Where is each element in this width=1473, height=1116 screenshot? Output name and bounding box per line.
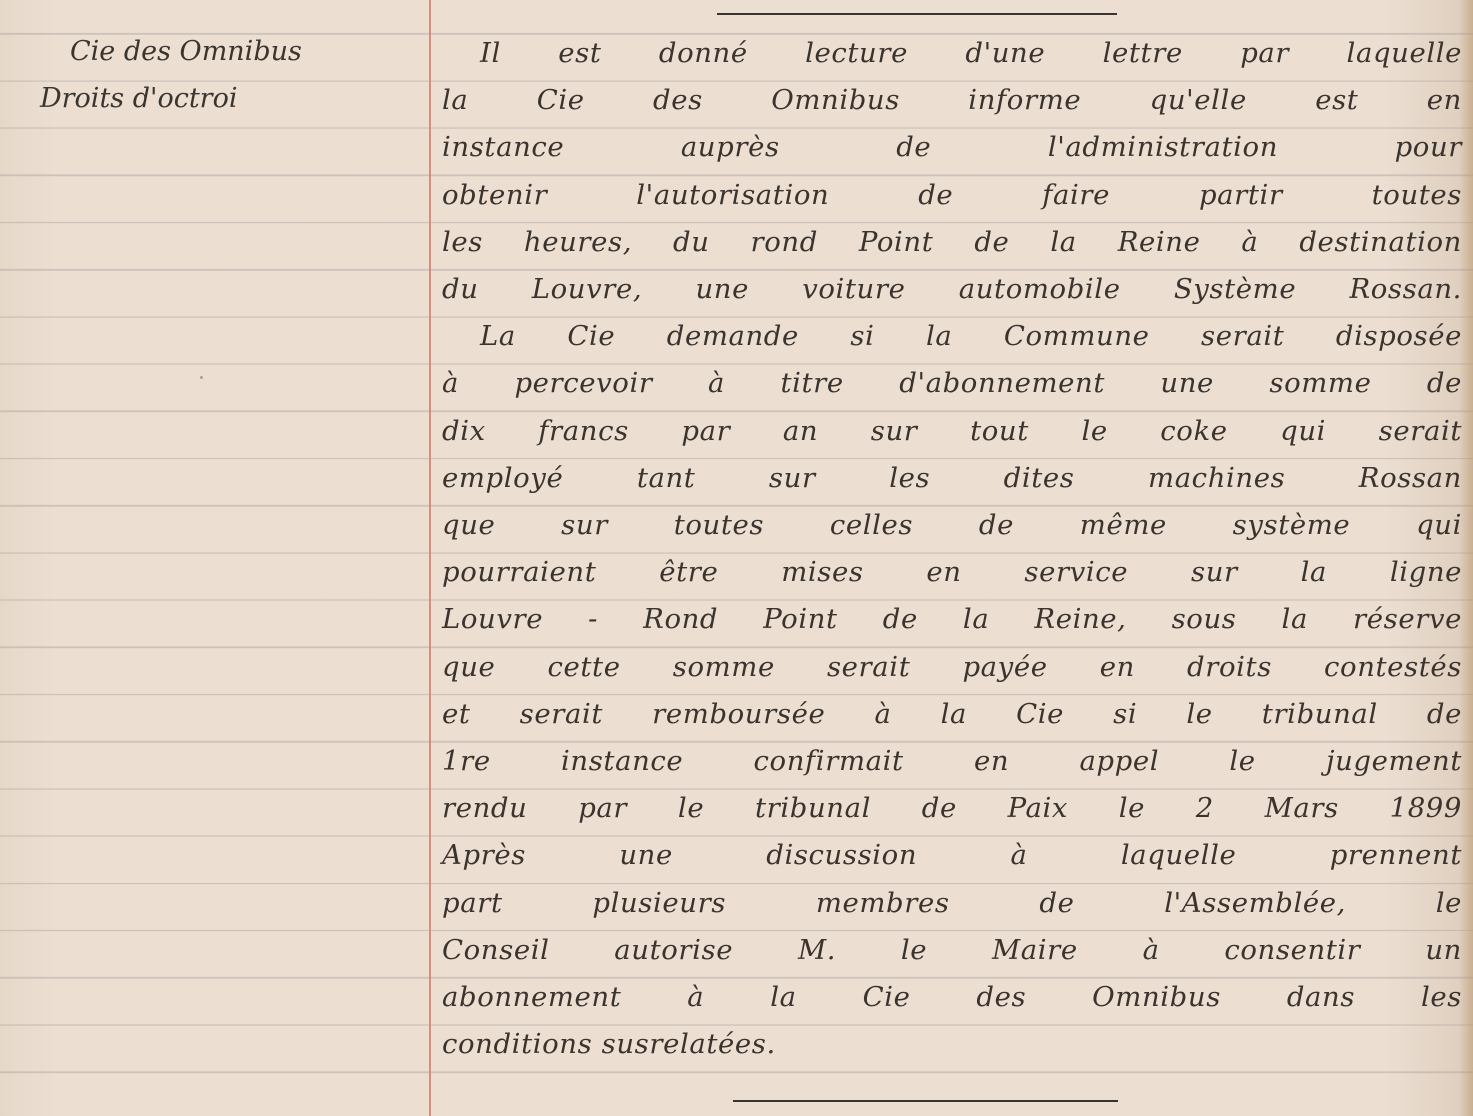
paper-blemish [200, 376, 203, 379]
body-line: les heures, du rond Point de la Reine à … [442, 219, 1462, 266]
body-line: conditions susrelatées. [442, 1021, 1462, 1068]
body-line: 1re instance confirmait en appel le juge… [442, 738, 1462, 785]
section-separator-bottom [733, 1100, 1118, 1102]
red-margin-line [429, 0, 431, 1116]
margin-heading-line: Cie des Omnibus [40, 28, 410, 75]
body-line: instance auprès de l'administration pour [442, 124, 1462, 171]
body-line: pourraient être mises en service sur la … [442, 549, 1462, 596]
body-line: et serait remboursée à la Cie si le trib… [442, 691, 1462, 738]
section-separator-top [717, 13, 1117, 15]
body-line: La Cie demande si la Commune serait disp… [442, 313, 1462, 360]
body-line: Louvre - Rond Point de la Reine, sous la… [442, 596, 1462, 643]
body-line: que cette somme serait payée en droits c… [442, 644, 1462, 691]
body-line: Conseil autorise M. le Maire à consentir… [442, 927, 1462, 974]
body-line: du Louvre, une voiture automobile Systèm… [442, 266, 1462, 313]
margin-heading: Cie des Omnibus Droits d'octroi [40, 28, 410, 122]
body-line: la Cie des Omnibus informe qu'elle est e… [442, 77, 1462, 124]
body-line: dix francs par an sur tout le coke qui s… [442, 408, 1462, 455]
body-line: Après une discussion à laquelle prennent [442, 832, 1462, 879]
body-line: obtenir l'autorisation de faire partir t… [442, 172, 1462, 219]
body-line: rendu par le tribunal de Paix le 2 Mars … [442, 785, 1462, 832]
body-line: employé tant sur les dites machines Ross… [442, 455, 1462, 502]
body-line: part plusieurs membres de l'Assemblée, l… [442, 880, 1462, 927]
body-line: abonnement à la Cie des Omnibus dans les [442, 974, 1462, 1021]
body-line: Il est donné lecture d'une lettre par la… [442, 30, 1462, 77]
margin-heading-line: Droits d'octroi [40, 75, 410, 122]
body-line: à percevoir à titre d'abonnement une som… [442, 360, 1462, 407]
minutes-body: Il est donné lecture d'une lettre par la… [442, 30, 1462, 1068]
body-line: que sur toutes celles de même système qu… [442, 502, 1462, 549]
